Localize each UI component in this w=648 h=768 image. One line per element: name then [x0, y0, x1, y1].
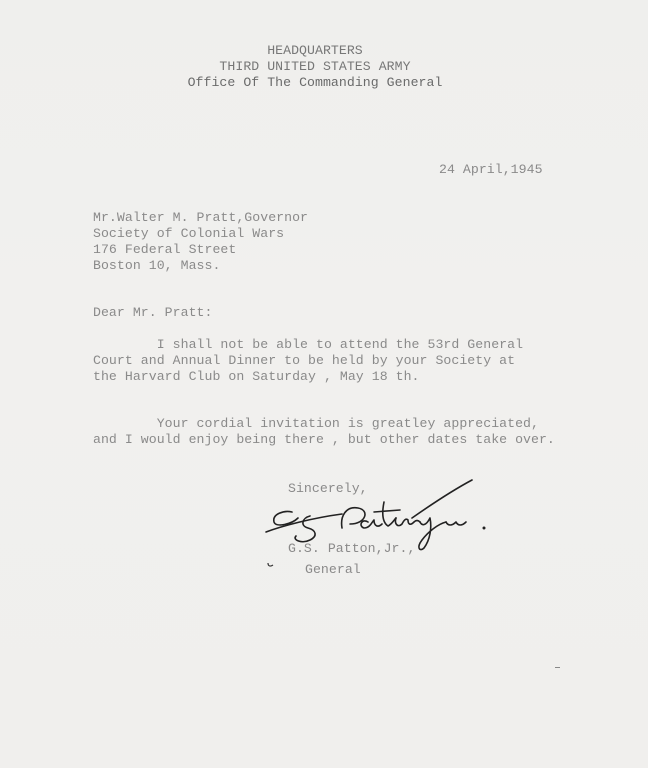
signature-title: General [305, 562, 361, 578]
paper-speck [555, 667, 560, 668]
letterhead-line-1: HEADQUARTERS [170, 43, 460, 59]
salutation: Dear Mr. Pratt: [93, 305, 212, 321]
letterhead-line-2: THIRD UNITED STATES ARMY [170, 59, 460, 75]
body-line: the Harvard Club on Saturday , May 18 th… [93, 369, 420, 385]
letter-paper: HEADQUARTERS THIRD UNITED STATES ARMY Of… [0, 0, 648, 768]
letter-date: 24 April,1945 [439, 162, 543, 178]
body-line: and I would enjoy being there , but othe… [93, 432, 555, 448]
ink-mark [266, 560, 276, 570]
recipient-line-4: Boston 10, Mass. [93, 258, 220, 274]
recipient-line-1: Mr.Walter M. Pratt,Governor [93, 210, 308, 226]
typed-signature-name: G.S. Patton,Jr., [288, 541, 415, 557]
body-line: Court and Annual Dinner to be held by yo… [93, 353, 515, 369]
recipient-line-2: Society of Colonial Wars [93, 226, 284, 242]
body-line: Your cordial invitation is greatley appr… [93, 416, 539, 432]
recipient-line-3: 176 Federal Street [93, 242, 236, 258]
body-line: I shall not be able to attend the 53rd G… [93, 337, 523, 353]
letterhead-line-3: Office Of The Commanding General [160, 75, 470, 91]
